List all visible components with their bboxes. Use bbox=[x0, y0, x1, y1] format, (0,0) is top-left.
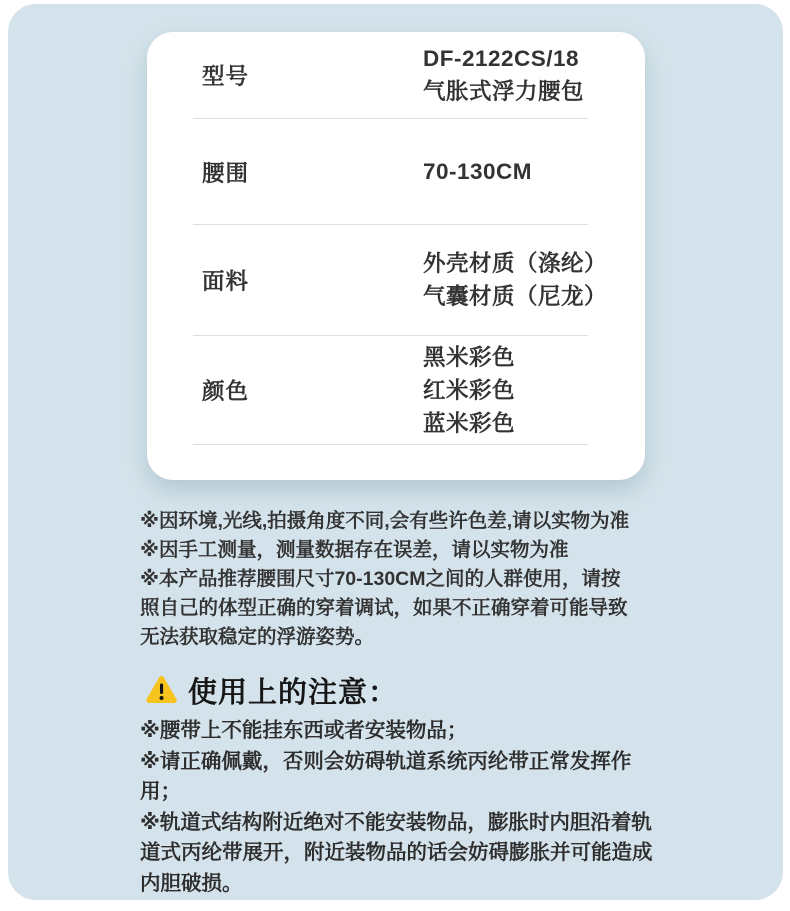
spec-value-waist: 70-130CM bbox=[423, 155, 532, 188]
product-info-panel: 型号 DF-2122CS/18 气胀式浮力腰包 腰围 70-130CM 面料 外… bbox=[8, 4, 783, 900]
spec-card: 型号 DF-2122CS/18 气胀式浮力腰包 腰围 70-130CM 面料 外… bbox=[147, 32, 645, 480]
spec-label-color: 颜色 bbox=[202, 374, 423, 406]
spec-label-model: 型号 bbox=[202, 59, 423, 91]
note-line: ※本产品推荐腰围尺寸70-130CM之间的人群使用，请按 照自己的体型正确的穿着… bbox=[140, 565, 670, 652]
spec-row-color: 颜色 黑米彩色 红米彩色 蓝米彩色 bbox=[147, 336, 645, 444]
warning-header: 使用上的注意： bbox=[145, 670, 398, 710]
note-line: ※因手工测量，测量数据存在误差，请以实物为准 bbox=[140, 536, 670, 565]
warning-item: ※腰带上不能挂东西或者安装物品； bbox=[140, 716, 672, 747]
warning-item: ※请正确佩戴，否则会妨碍轨道系统丙纶带正常发挥作用； bbox=[140, 747, 672, 808]
spec-row-waist: 腰围 70-130CM bbox=[147, 119, 645, 224]
spec-value-color: 黑米彩色 红米彩色 蓝米彩色 bbox=[423, 341, 515, 440]
divider bbox=[193, 444, 588, 445]
spec-row-model: 型号 DF-2122CS/18 气胀式浮力腰包 bbox=[147, 32, 645, 118]
spec-value-model: DF-2122CS/18 气胀式浮力腰包 bbox=[423, 42, 584, 108]
warning-triangle-icon bbox=[145, 675, 178, 705]
note-line: ※因环境,光线,拍摄角度不同,会有些许色差,请以实物为准 bbox=[140, 507, 670, 536]
spec-label-fabric: 面料 bbox=[202, 264, 423, 296]
notes-section: ※因环境,光线,拍摄角度不同,会有些许色差,请以实物为准 ※因手工测量，测量数据… bbox=[140, 507, 670, 652]
warning-item: ※轨道式结构附近绝对不能安装物品，膨胀时内胆沿着轨 道式丙纶带展开，附近装物品的… bbox=[140, 808, 672, 900]
spec-row-fabric: 面料 外壳材质（涤纶） 气囊材质（尼龙） bbox=[147, 225, 645, 335]
spec-label-waist: 腰围 bbox=[202, 156, 423, 188]
warning-list: ※腰带上不能挂东西或者安装物品； ※请正确佩戴，否则会妨碍轨道系统丙纶带正常发挥… bbox=[140, 716, 672, 899]
spec-value-fabric: 外壳材质（涤纶） 气囊材质（尼龙） bbox=[423, 247, 607, 313]
warning-title: 使用上的注意： bbox=[188, 670, 398, 711]
